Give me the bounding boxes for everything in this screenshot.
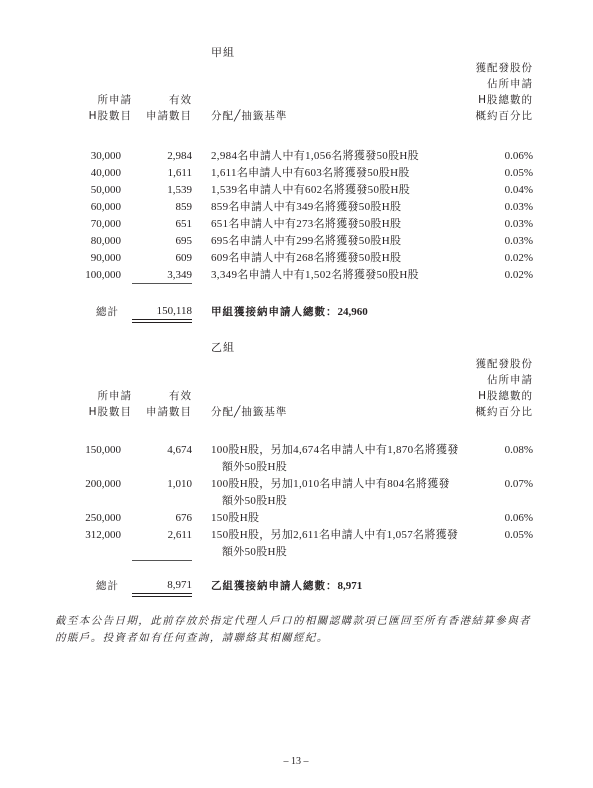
table-cell-valid: 859 — [130, 199, 192, 216]
table-cell-shares: 40,000 — [60, 165, 121, 182]
group-a-title: 甲組 — [211, 44, 235, 60]
total-double-rule — [132, 593, 192, 597]
header-line: 申請數目 — [140, 404, 192, 420]
table-cell-valid: 3,349 — [130, 267, 192, 284]
table-cell-shares: 50,000 — [60, 182, 121, 199]
table-cell-percentage: 0.03% — [480, 233, 533, 250]
group-b-total-value: 8,971 — [130, 577, 192, 594]
table-cell-valid: 676 — [130, 510, 192, 527]
accepted-applicants-label: 乙組獲接納申請人總數： — [211, 580, 338, 592]
table-cell-percentage: 0.02% — [480, 250, 533, 267]
table-cell-basis-continued: 額外50股H股 — [222, 459, 287, 476]
table-cell-basis: 859名申請人中有349名將獲發50股H股 — [211, 199, 401, 216]
table-cell-basis: 1,539名申請人中有602名將獲發50股H股 — [211, 182, 410, 199]
table-cell-valid: 2,611 — [130, 527, 192, 544]
header-line: 所申請 — [84, 92, 132, 108]
table-cell-valid: 2,984 — [130, 148, 192, 165]
table-cell-percentage: 0.03% — [480, 199, 533, 216]
group-a-total-value: 150,118 — [130, 303, 192, 320]
refund-note: 截至本公告日期，此前存放於指定代理人戶口的相關認購款項已匯回至所有香港結算參與者… — [55, 613, 531, 647]
header-line: H股數目 — [84, 108, 132, 124]
table-cell-shares: 60,000 — [60, 199, 121, 216]
table-cell-shares: 150,000 — [60, 442, 121, 459]
table-cell-valid: 651 — [130, 216, 192, 233]
header-line: H股數目 — [74, 404, 132, 420]
table-cell-basis: 150股H股，另加2,611名申請人中有1,057名將獲發 — [211, 527, 458, 544]
table-cell-percentage: 0.08% — [480, 442, 533, 459]
table-cell-basis: 150股H股 — [211, 510, 259, 527]
table-cell-shares: 250,000 — [60, 510, 121, 527]
group-a-header-applied-shares: 所申請 H股數目 — [84, 92, 132, 124]
table-cell-percentage: 0.02% — [480, 267, 533, 284]
note-line: 截至本公告日期，此前存放於指定代理人戶口的相關認購款項已匯回至所有香港結算參與者 — [55, 613, 531, 630]
table-cell-valid: 1,539 — [130, 182, 192, 199]
header-line: 概約百分比 — [440, 108, 533, 124]
accepted-applicants-count: 8,971 — [338, 580, 363, 592]
table-cell-basis-continued: 額外50股H股 — [222, 544, 287, 561]
table-cell-percentage: 0.04% — [480, 182, 533, 199]
header-line: H股總數的 — [440, 388, 533, 404]
table-cell-shares: 30,000 — [60, 148, 121, 165]
table-cell-valid: 609 — [130, 250, 192, 267]
group-a-accepted-applicants: 甲組獲接納申請人總數：24,960 — [211, 304, 368, 319]
group-b-total-label: 總計 — [96, 578, 119, 593]
accepted-applicants-label: 甲組獲接納申請人總數： — [211, 306, 338, 318]
subtotal-rule — [132, 560, 192, 561]
header-line: 獲配發股份 — [440, 60, 533, 76]
header-line: 獲配發股份 — [440, 356, 533, 372]
accepted-applicants-count: 24,960 — [338, 306, 368, 318]
group-b-header-basis: 分配╱抽籤基準 — [211, 404, 287, 420]
table-cell-percentage: 0.06% — [480, 148, 533, 165]
group-a-header-basis: 分配╱抽籤基準 — [211, 108, 287, 124]
table-cell-basis: 609名申請人中有268名將獲發50股H股 — [211, 250, 401, 267]
group-b-header-valid-applications: 有效 申請數目 — [140, 388, 192, 420]
table-cell-valid: 4,674 — [130, 442, 192, 459]
table-cell-basis: 3,349名申請人中有1,502名將獲發50股H股 — [211, 267, 419, 284]
table-cell-percentage: 0.05% — [480, 165, 533, 182]
group-b-accepted-applicants: 乙組獲接納申請人總數：8,971 — [211, 578, 362, 593]
table-cell-basis: 695名申請人中有299名將獲發50股H股 — [211, 233, 401, 250]
table-cell-basis: 2,984名申請人中有1,056名將獲發50股H股 — [211, 148, 419, 165]
table-cell-shares: 80,000 — [60, 233, 121, 250]
header-line: 概約百分比 — [440, 404, 533, 420]
table-cell-basis: 100股H股，另加1,010名申請人中有804名將獲發 — [211, 476, 450, 493]
group-b-header-percentage: 獲配發股份 佔所申請 H股總數的 概約百分比 — [440, 356, 533, 420]
table-cell-basis: 651名申請人中有273名將獲發50股H股 — [211, 216, 401, 233]
table-cell-valid: 695 — [130, 233, 192, 250]
table-cell-valid: 1,010 — [130, 476, 192, 493]
header-line: 所申請 — [74, 388, 132, 404]
table-cell-percentage: 0.03% — [480, 216, 533, 233]
subtotal-rule — [132, 283, 192, 284]
group-a-header-valid-applications: 有效 申請數目 — [140, 92, 192, 124]
table-cell-shares: 90,000 — [60, 250, 121, 267]
group-a-header-percentage: 獲配發股份 佔所申請 H股總數的 概約百分比 — [440, 60, 533, 124]
header-line: 申請數目 — [140, 108, 192, 124]
table-cell-basis-continued: 額外50股H股 — [222, 493, 287, 510]
header-line: H股總數的 — [440, 92, 533, 108]
page-number: – 13 – — [260, 756, 332, 767]
table-cell-valid: 1,611 — [130, 165, 192, 182]
group-a-total-label: 總計 — [96, 304, 119, 319]
table-cell-percentage: 0.07% — [480, 476, 533, 493]
table-cell-shares: 100,000 — [60, 267, 121, 284]
header-line: 佔所申請 — [440, 372, 533, 388]
table-cell-shares: 312,000 — [60, 527, 121, 544]
table-cell-shares: 70,000 — [60, 216, 121, 233]
header-line: 有效 — [140, 388, 192, 404]
table-cell-shares: 200,000 — [60, 476, 121, 493]
header-line: 佔所申請 — [440, 76, 533, 92]
table-cell-percentage: 0.06% — [480, 510, 533, 527]
table-cell-basis: 100股H股，另加4,674名申請人中有1,870名將獲發 — [211, 442, 459, 459]
header-line: 有效 — [140, 92, 192, 108]
group-b-title: 乙組 — [211, 339, 235, 355]
table-cell-basis: 1,611名申請人中有603名將獲發50股H股 — [211, 165, 410, 182]
total-double-rule — [132, 319, 192, 323]
note-line: 的賬戶。投資者如有任何查詢，請聯絡其相關經紀。 — [55, 630, 531, 647]
table-cell-percentage: 0.05% — [480, 527, 533, 544]
group-b-header-applied-shares: 所申請 H股數目 — [74, 388, 132, 420]
